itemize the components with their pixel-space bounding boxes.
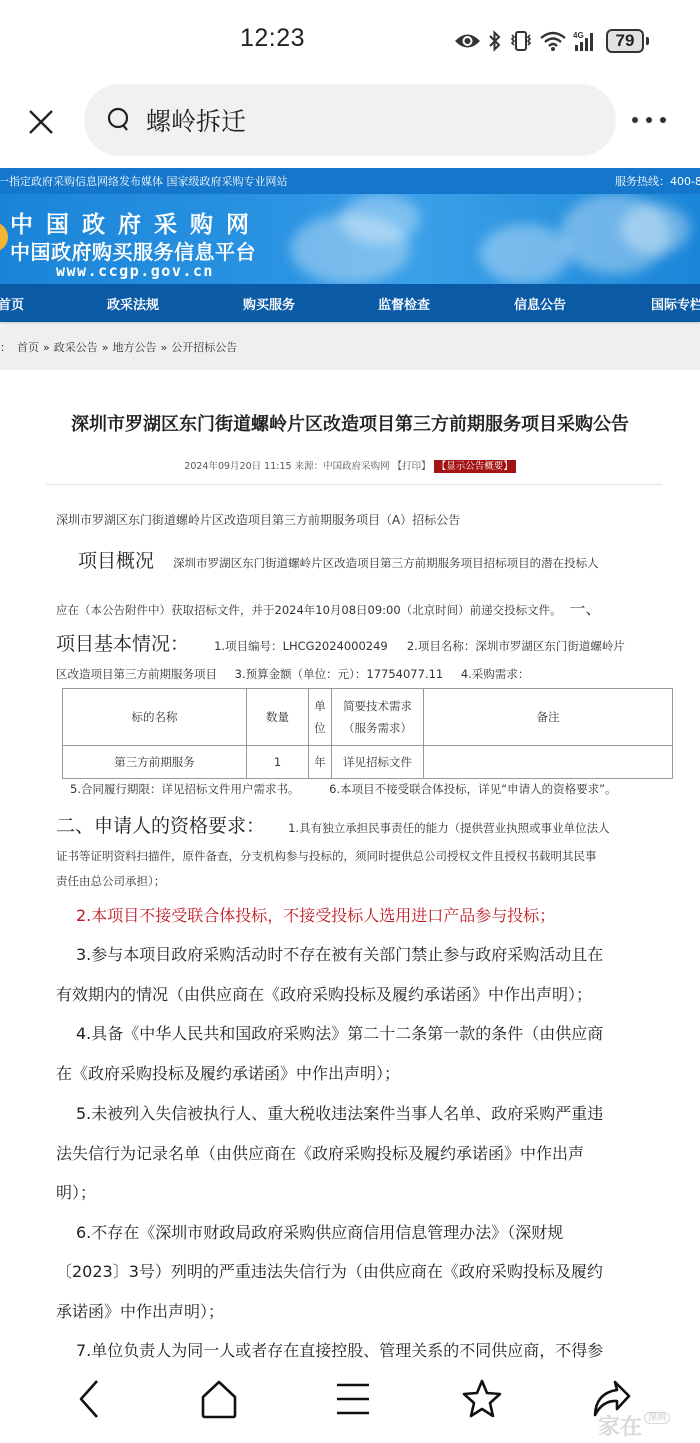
search-input[interactable]: 螺岭拆迁: [84, 84, 616, 156]
breadcrumb-local[interactable]: 地方公告: [112, 339, 156, 355]
table-header-row: 标的名称 数量 单位 简要技术需求（服务需求） 备注: [63, 689, 673, 746]
service-hotline: 服务热线：400-8: [615, 173, 700, 189]
article-subtitle: 深圳市罗湖区东门街道螺岭片区改造项目第三方前期服务项目（A）招标公告: [56, 511, 460, 528]
requirement-5-cont: 法失信行为记录名单（由供应商在《政府采购投标及履约承诺函》中作出声: [56, 1141, 584, 1164]
more-icon: [632, 117, 638, 123]
requirements-table: 标的名称 数量 单位 简要技术需求（服务需求） 备注 第三方前期服务 1 年 详…: [62, 688, 673, 779]
bookmark-button[interactable]: [457, 1374, 507, 1424]
bluetooth-icon: [488, 30, 502, 52]
breadcrumb-separator: »: [43, 341, 50, 354]
section2-heading: 二、申请人的资格要求：: [56, 815, 265, 837]
nav-home[interactable]: 首页: [0, 294, 24, 313]
contract-terms-line: 5.合同履行期限：详见招标文件用户需求书。 6.本项目不接受联合体投标，详见“申…: [70, 781, 617, 797]
cell-unit: 年: [309, 746, 332, 779]
contract-period: 5.合同履行期限：详见招标文件用户需求书。: [70, 782, 299, 796]
print-link[interactable]: 【打印】: [393, 461, 431, 472]
home-button[interactable]: [194, 1374, 244, 1424]
header-quantity: 数量: [247, 689, 309, 746]
breadcrumb-prefix: ：: [0, 339, 11, 355]
requirement-5: 5.未被列入失信被执行人、重大税收违法案件当事人名单、政府采购严重违: [76, 1101, 603, 1124]
vibrate-icon: [509, 30, 533, 52]
cell-tech-req: 详见招标文件: [332, 746, 424, 779]
breadcrumb-separator: »: [102, 341, 109, 354]
divider: [46, 484, 662, 485]
eye-icon: [454, 32, 481, 50]
section1-line-2: 区改造项目第三方前期服务项目 3.预算金额（单位：元）：17754077.11 …: [56, 666, 529, 682]
requirement-4-cont: 在《政府采购投标及履约承诺函》中作出声明）；: [56, 1061, 400, 1084]
logo-emblem-icon: [0, 222, 8, 252]
home-icon: [199, 1379, 239, 1419]
cell-quantity: 1: [247, 746, 309, 779]
site-nav: 首页 政采法规 购买服务 监督检查 信息公告 国际专栏: [0, 284, 700, 322]
show-summary-button[interactable]: 【显示公告概要】: [434, 460, 516, 473]
signal-icon: 4G: [573, 30, 599, 52]
status-time: 12:23: [240, 24, 305, 53]
requirement-6-cont: 〔2023〕3号）列明的严重违法失信行为（由供应商在《政府采购投标及履约: [56, 1259, 603, 1282]
logo-url: www.ccgp.gov.cn: [56, 262, 214, 280]
requirement-3: 3.参与本项目政府采购活动时不存在被有关部门禁止参与政府采购活动且在: [76, 942, 603, 965]
status-bar: 12:23 4G 79: [0, 0, 700, 80]
nav-international[interactable]: 国际专栏: [651, 294, 700, 313]
nav-purchase-services[interactable]: 购买服务: [243, 294, 295, 313]
battery-level: 79: [606, 29, 644, 53]
table-row: 第三方前期服务 1 年 详见招标文件: [63, 746, 673, 779]
overview-text: 深圳市罗湖区东门街道螺岭片区改造项目第三方前期服务项目招标项目的潜在投标人: [173, 556, 599, 570]
site-tagline: 一指定政府采购信息网络发布媒体 国家级政府采购专业网站: [0, 173, 288, 189]
consortium-note: 6.本项目不接受联合体投标，详见“申请人的资格要求”。: [329, 782, 616, 796]
menu-button[interactable]: [328, 1374, 378, 1424]
wifi-icon: [540, 30, 566, 52]
budget-amount: 3.预算金额（单位：元）：17754077.11: [235, 667, 444, 681]
requirement-2-highlight: 2.本项目不接受联合体投标，不接受投标人选用进口产品参与投标；: [76, 903, 555, 926]
menu-icon: [335, 1381, 371, 1417]
project-number: 1.项目编号：LHCG2024000249: [214, 639, 388, 653]
star-icon: [461, 1379, 503, 1419]
battery-icon: 79: [606, 29, 649, 53]
header-item-name: 标的名称: [63, 689, 247, 746]
site-banner: 中国政府采购网 中国政府购买服务信息平台 www.ccgp.gov.cn: [0, 194, 700, 284]
cell-item-name: 第三方前期服务: [63, 746, 247, 779]
article-meta: 2024年09月20日 11:15 来源：中国政府采购网 【打印】 【显示公告概…: [0, 458, 700, 472]
header-notes: 备注: [424, 689, 673, 746]
requirement-6: 6.不存在《深圳市财政局政府采购供应商信用信息管理办法》（深财规: [76, 1220, 563, 1243]
svg-text:4G: 4G: [573, 31, 584, 40]
publish-date: 2024年09月20日 11:15: [184, 461, 291, 472]
header-unit: 单位: [309, 689, 332, 746]
requirement-1-cont: 证书等证明资料扫描件，原件备查，分支机构参与投标的，须同时提供总公司授权文件且授…: [56, 848, 597, 864]
back-icon: [73, 1377, 103, 1421]
section1-heading: 项目基本情况：: [56, 633, 189, 655]
requirement-1: 1.具有独立承担民事责任的能力（提供营业执照或事业单位法人: [288, 821, 609, 835]
bottom-nav: [0, 1360, 700, 1443]
project-name: 2.项目名称：深圳市罗湖区东门街道螺岭片: [407, 639, 625, 653]
requirement-4: 4.具备《中华人民共和国政府采购法》第二十二条第一款的条件（由供应商: [76, 1021, 603, 1044]
watermark: 家在深圳: [598, 1410, 670, 1441]
requirement-3-cont: 有效期内的情况（由供应商在《政府采购投标及履约承诺函》中作出声明）；: [56, 982, 592, 1005]
header-tech-req: 简要技术需求（服务需求）: [332, 689, 424, 746]
overview-line: 项目概况 深圳市罗湖区东门街道螺岭片区改造项目第三方前期服务项目招标项目的潜在投…: [78, 546, 599, 573]
close-button[interactable]: [26, 107, 56, 137]
nav-supervision[interactable]: 监督检查: [378, 294, 430, 313]
breadcrumb-tender[interactable]: 公开招标公告: [171, 339, 237, 355]
section1-prefix: 一、: [569, 599, 601, 618]
breadcrumb: ： 首页 » 政采公告 » 地方公告 » 公开招标公告: [0, 324, 700, 370]
source-name: 中国政府采购网: [323, 461, 390, 472]
overview-heading: 项目概况: [78, 550, 154, 572]
close-icon: [26, 107, 56, 137]
status-icons: 4G 79: [454, 28, 649, 54]
source-label: 来源：: [295, 461, 324, 472]
nav-regulations[interactable]: 政采法规: [107, 294, 159, 313]
browser-bar: 螺岭拆迁: [0, 80, 700, 160]
more-button[interactable]: [632, 110, 676, 130]
procurement-needs: 4.采购需求：: [461, 667, 529, 681]
overview-text-2: 应在（本公告附件中）获取招标文件，并于2024年10月08日09:00（北京时间…: [56, 596, 601, 619]
breadcrumb-separator: »: [160, 341, 167, 354]
requirement-7: 7.单位负责人为同一人或者存在直接控股、管理关系的不同供应商，不得参: [76, 1338, 603, 1361]
logo-title: 中国政府采购网: [10, 206, 262, 239]
section1-line: 项目基本情况： 1.项目编号：LHCG2024000249 2.项目名称：深圳市…: [56, 629, 625, 656]
back-button[interactable]: [63, 1374, 113, 1424]
requirement-5-end: 明）；: [56, 1180, 96, 1203]
section2-line: 二、申请人的资格要求： 1.具有独立承担民事责任的能力（提供营业执照或事业单位法…: [56, 811, 610, 838]
site-topline: 一指定政府采购信息网络发布媒体 国家级政府采购专业网站 服务热线：400-8: [0, 168, 700, 194]
requirement-6-end: 承诺函》中作出声明）；: [56, 1299, 224, 1322]
search-query: 螺岭拆迁: [146, 102, 246, 138]
article-title: 深圳市罗湖区东门街道螺岭片区改造项目第三方前期服务项目采购公告: [0, 410, 700, 436]
requirement-1-end: 责任由总公司承担）；: [56, 873, 165, 889]
breadcrumb-procurement[interactable]: 政采公告: [54, 339, 98, 355]
logo-subtitle: 中国政府购买服务信息平台: [10, 236, 256, 265]
nav-announcements[interactable]: 信息公告: [514, 294, 566, 313]
breadcrumb-home[interactable]: 首页: [17, 339, 39, 355]
search-icon: [106, 107, 132, 133]
cell-notes: [424, 746, 673, 779]
